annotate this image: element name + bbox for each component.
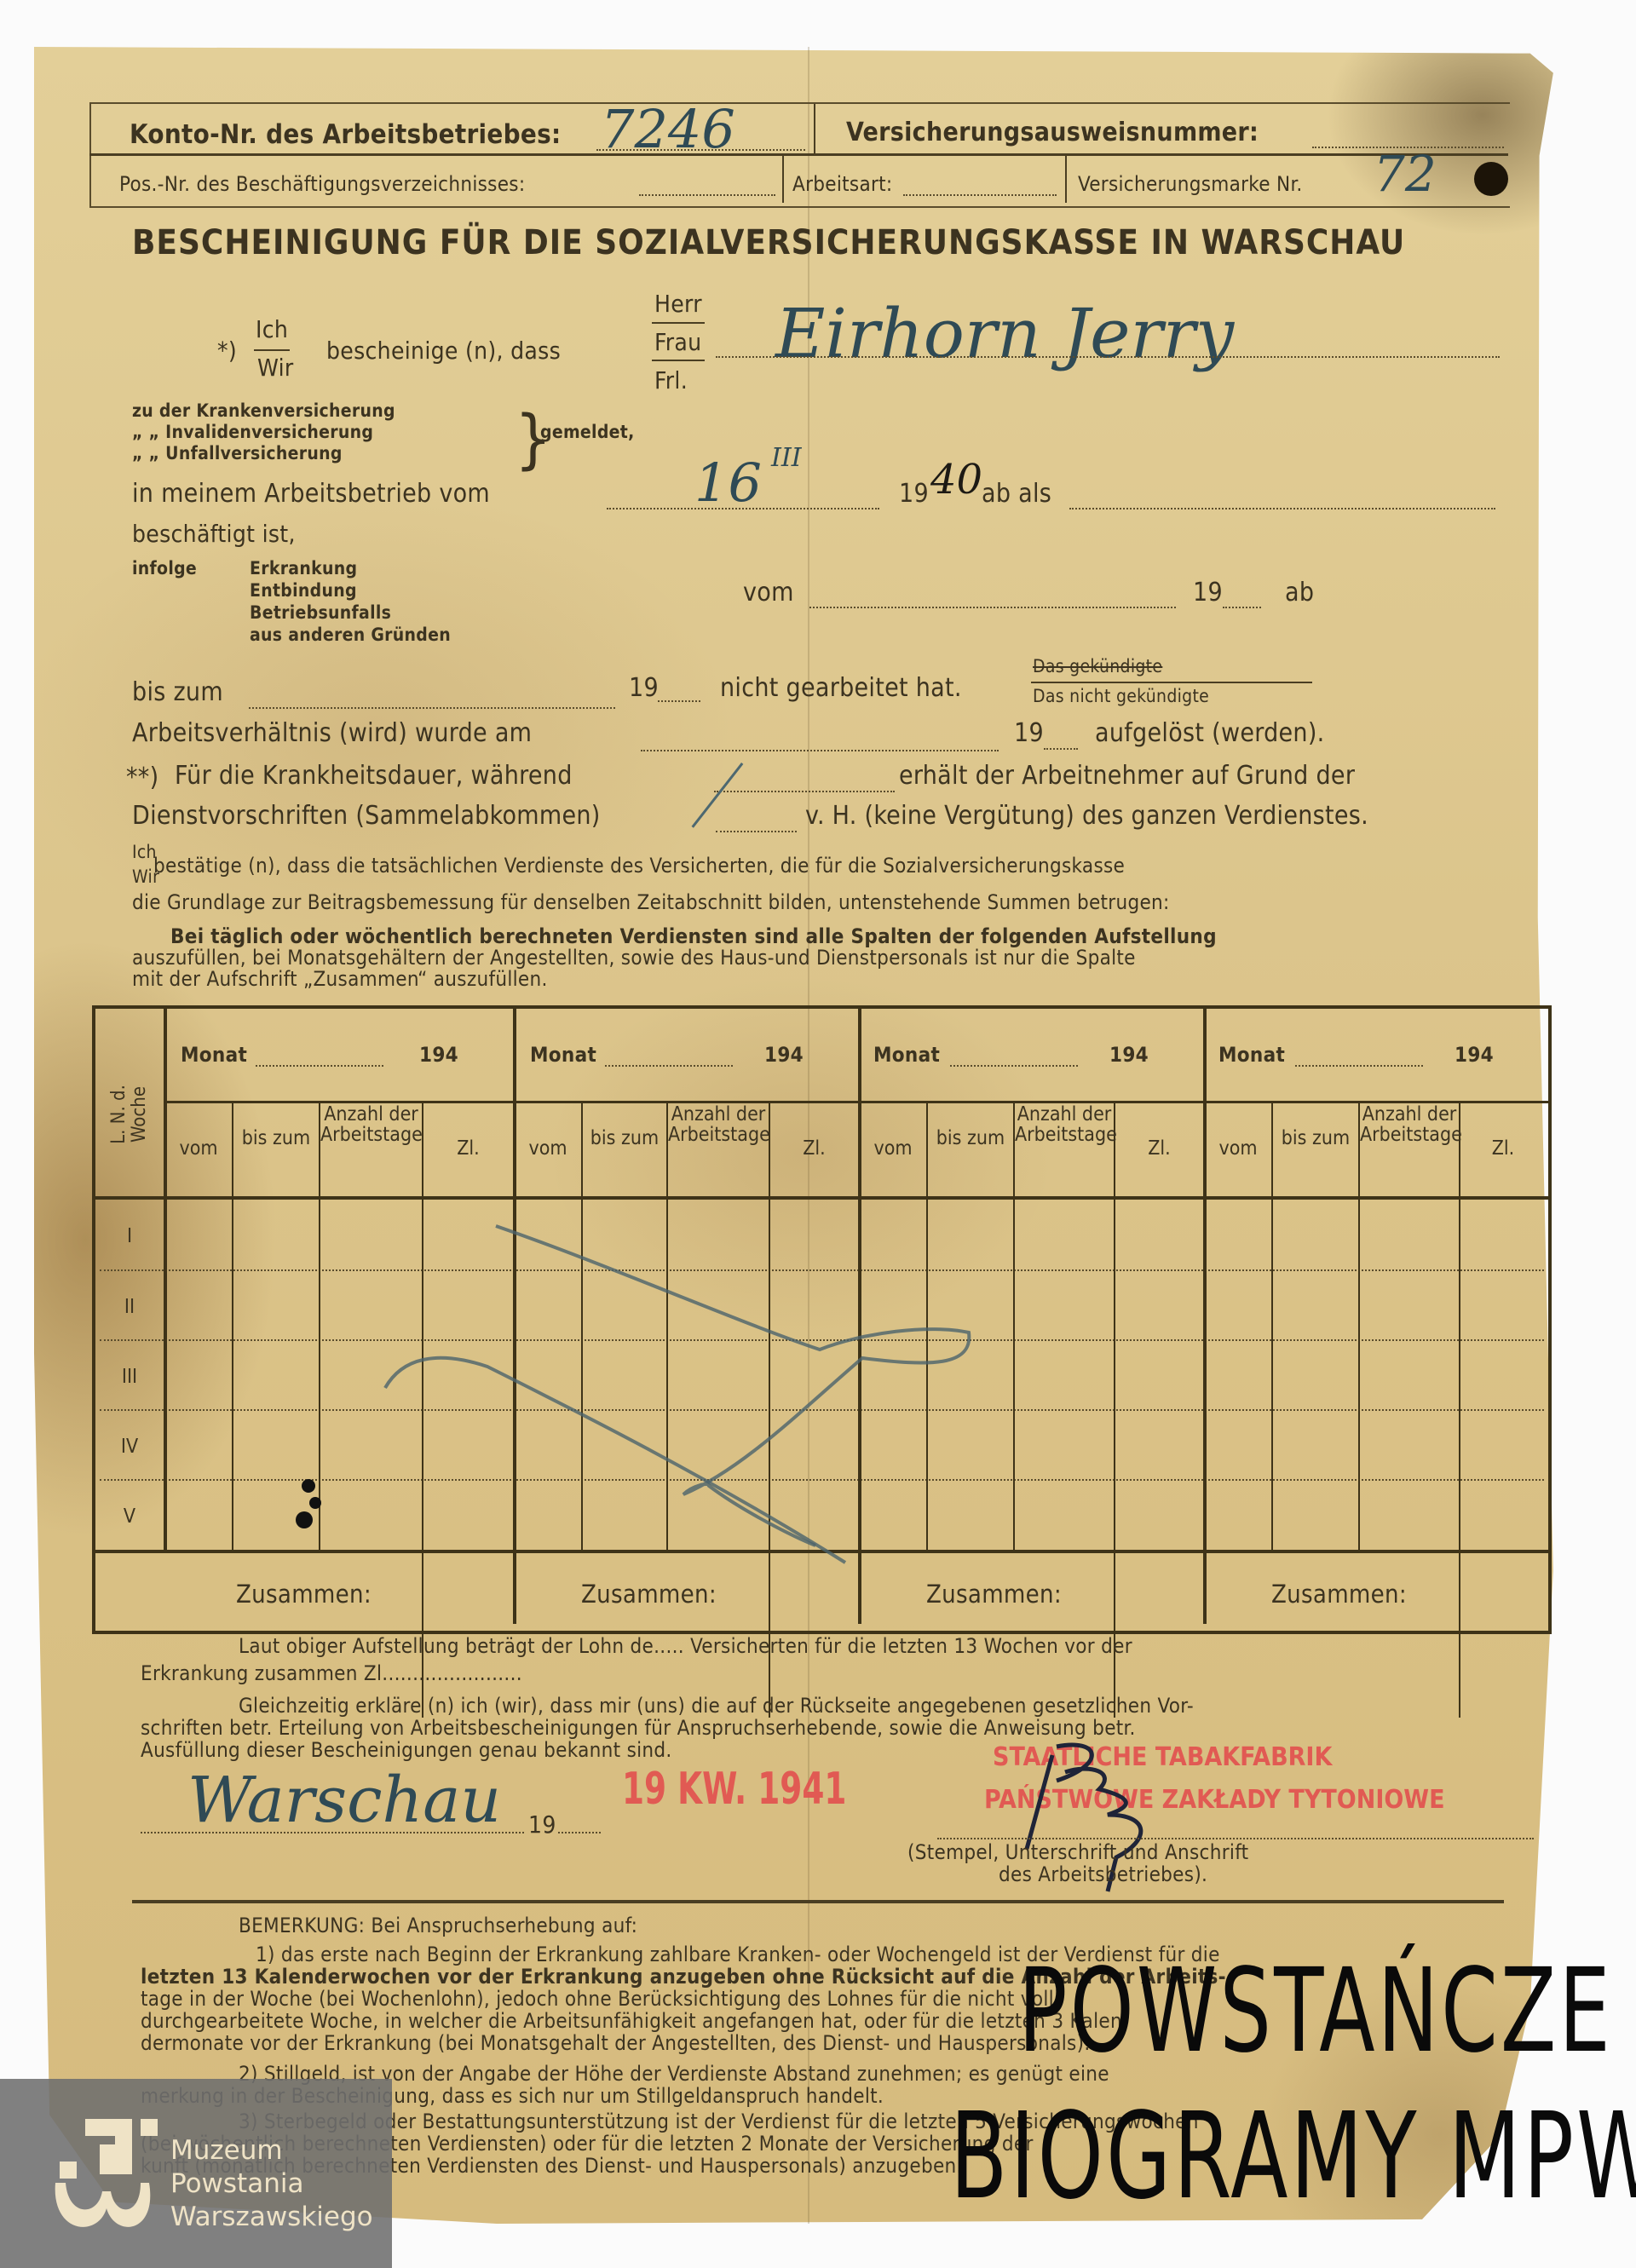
kuendigung-divider [1031,682,1312,683]
confirm-line-4: auszufüllen, bei Monatsgehältern der Ang… [132,946,1136,970]
krankheit-percent-line[interactable] [716,831,797,832]
confirm-line-1: bestätige (n), dass die tatsächlichen Ve… [153,854,1125,878]
reason-year-prefix: 19 [1193,578,1223,607]
summary-line-2: Erkrankung zusammen Zl..................… [141,1661,522,1685]
signature-year-line [558,1832,601,1833]
title-frl: Frl. [654,366,688,394]
certify-marker: *) [217,337,237,365]
herr-strike [652,322,705,324]
arbeitsverhaeltnis-suffix: aufgelöst (werden). [1095,718,1325,748]
marke-value[interactable]: 72 [1374,145,1437,203]
frau-strike [652,360,705,361]
header-divider [89,153,1508,156]
reason-option-2: Entbindung [250,580,357,601]
stamp-caption-line-2: des Arbeitsbetriebes). [999,1862,1207,1886]
summary-line-1: Laut obiger Aufstellung beträgt der Lohn… [239,1634,1132,1658]
arbeitsverhaeltnis-prefix: Arbeitsverhältnis (wird) wurde am [132,718,532,748]
bemerkung-p1-line-3: tage in der Woche (bei Wochenlohn), jedo… [141,1987,1054,2011]
logo-line-1: Muzeum [170,2134,373,2167]
employment-ab-als: ab als [982,479,1051,509]
aufloesung-year-line[interactable] [1044,748,1078,750]
employment-beschaeftigt: beschäftigt ist, [132,520,296,548]
bemerkung-title: BEMERKUNG: Bei Anspruchserhebung auf: [239,1914,637,1937]
konto-value[interactable]: 7246 [601,98,735,160]
name-field-line [716,356,1500,358]
ink-blot [1474,162,1508,196]
summary-line-5: Ausfüllung dieser Bescheinigungen genau … [141,1738,672,1762]
document-title: BESCHEINIGUNG FÜR DIE SOZIALVERSICHERUNG… [132,223,1405,262]
reason-vom: vom [743,578,794,607]
pos-label: Pos.-Nr. des Beschäftigungsverzeichnisse… [119,172,525,196]
logo-line-2: Powstania [170,2167,373,2201]
bis-zum-year-line[interactable] [658,700,700,702]
position-field-line[interactable] [1069,508,1495,509]
logo-line-3: Warszawskiego [170,2201,373,2234]
arbeitsart-field-line[interactable] [903,194,1057,196]
krankheit-duration-line[interactable] [714,791,895,792]
confirm-line-3: Bei täglich oder wöchentlich berechneten… [170,924,1217,948]
place-field-line [141,1832,524,1833]
krankheit-line2-suffix: v. H. (keine Vergütung) des ganzen Verdi… [805,801,1368,831]
arbeitsverhaeltnis-year-prefix: 19 [1014,718,1044,748]
museum-logo[interactable]: Muzeum Powstania Warszawskiego [0,2079,392,2268]
konto-label: Konto-Nr. des Arbeitsbetriebes: [130,119,561,150]
reason-ab: ab [1285,578,1314,607]
insurance-line-1: zu der Krankenversicherung [132,400,395,421]
summary-line-3: Gleichzeitig erkläre (n) ich (wir), dass… [239,1694,1194,1718]
title-frau: Frau [654,328,701,356]
watermark-line-2: BIOGRAMY MPW [950,2087,1636,2226]
bis-zum-date-line[interactable] [249,707,615,709]
date-stamp: 19 KW. 1941 [622,1764,846,1815]
konto-field-line [596,149,805,151]
bis-zum-year-prefix: 19 [629,673,659,703]
wage-table: L. N. d. Woche Monat 194 Monat 194 Monat… [92,1005,1552,1634]
kotwica-icon [47,2115,158,2234]
certify-text: bescheinige (n), dass [326,337,561,365]
signature-year-prefix: 19 [528,1810,556,1839]
reason-option-4: aus anderen Gründen [250,625,451,645]
handwritten-cancel-scribble [95,1009,1548,1631]
header-vdivider-3 [1065,156,1067,203]
summary-line-4: schriften betr. Erteilung von Arbeitsbes… [141,1716,1136,1740]
certify-ich: Ich [256,315,288,343]
header-vdivider-2 [782,156,784,203]
krankheit-marker: **) [126,763,158,792]
employment-month[interactable]: III [771,443,802,473]
employment-day[interactable]: 16 [694,452,762,514]
employment-prefix: in meinem Arbeitsbetrieb vom [132,479,490,509]
employment-year-prefix: 19 [899,479,929,509]
insurance-line-3: „ „ Unfallversicherung [132,443,343,463]
bemerkung-p1-line-5: dermonate vor der Erkrankung (bei Monats… [141,2031,1090,2055]
krankheit-line2-prefix: Dienstvorschriften (Sammelabkommen) [132,801,601,831]
stamp-signature-line [937,1838,1534,1839]
marke-label: Versicherungsmarke Nr. [1078,172,1303,196]
employment-year[interactable]: 40 [930,456,982,504]
krankheit-suffix: erhält der Arbeitnehmer auf Grund der [899,761,1355,791]
employee-name[interactable]: Eirhorn Jerry [775,294,1234,373]
arbeitsart-label: Arbeitsart: [792,172,893,196]
kuendigung-opt-1: Das gekündigte [1033,656,1162,676]
confirm-line-2: die Grundlage zur Beitragsbemessung für … [132,890,1170,914]
bemerkung-p1-line-4: durchgearbeitete Woche, in welcher die A… [141,2009,1129,2033]
certify-wir: Wir [257,354,294,382]
place-signature[interactable]: Warschau [187,1764,501,1837]
reason-year-line[interactable] [1223,607,1261,608]
aufloesung-date-line[interactable] [641,750,999,751]
ich-wir-divider [254,349,290,351]
reason-option-3: Betriebsunfalls [250,602,391,623]
reason-date-line[interactable] [809,607,1176,608]
reason-infolge: infolge [132,558,197,579]
confirm-line-5: mit der Aufschrift „Zusammen“ auszufülle… [132,967,548,991]
watermark-line-1: POWSTAŃCZE [1018,1944,1613,2079]
bis-zum-prefix: bis zum [132,677,223,707]
stamp-caption-line-1: (Stempel, Unterschrift und Anschrift [907,1840,1248,1864]
title-herr: Herr [654,290,702,318]
bis-zum-text: nicht gearbeitet hat. [720,673,962,703]
insurance-line-2: „ „ Invalidenversicherung [132,422,373,442]
header-vdivider [814,104,815,153]
krankheit-prefix: Für die Krankheitsdauer, während [175,761,573,791]
bemerkung-divider [132,1900,1504,1903]
reason-option-1: Erkrankung [250,558,357,579]
insurance-gemeldet: gemeldet, [540,422,635,442]
pos-field-line[interactable] [639,194,775,196]
kuendigung-opt-2: Das nicht gekündigte [1033,686,1209,706]
ausweis-label: Versicherungsausweisnummer: [846,118,1259,147]
